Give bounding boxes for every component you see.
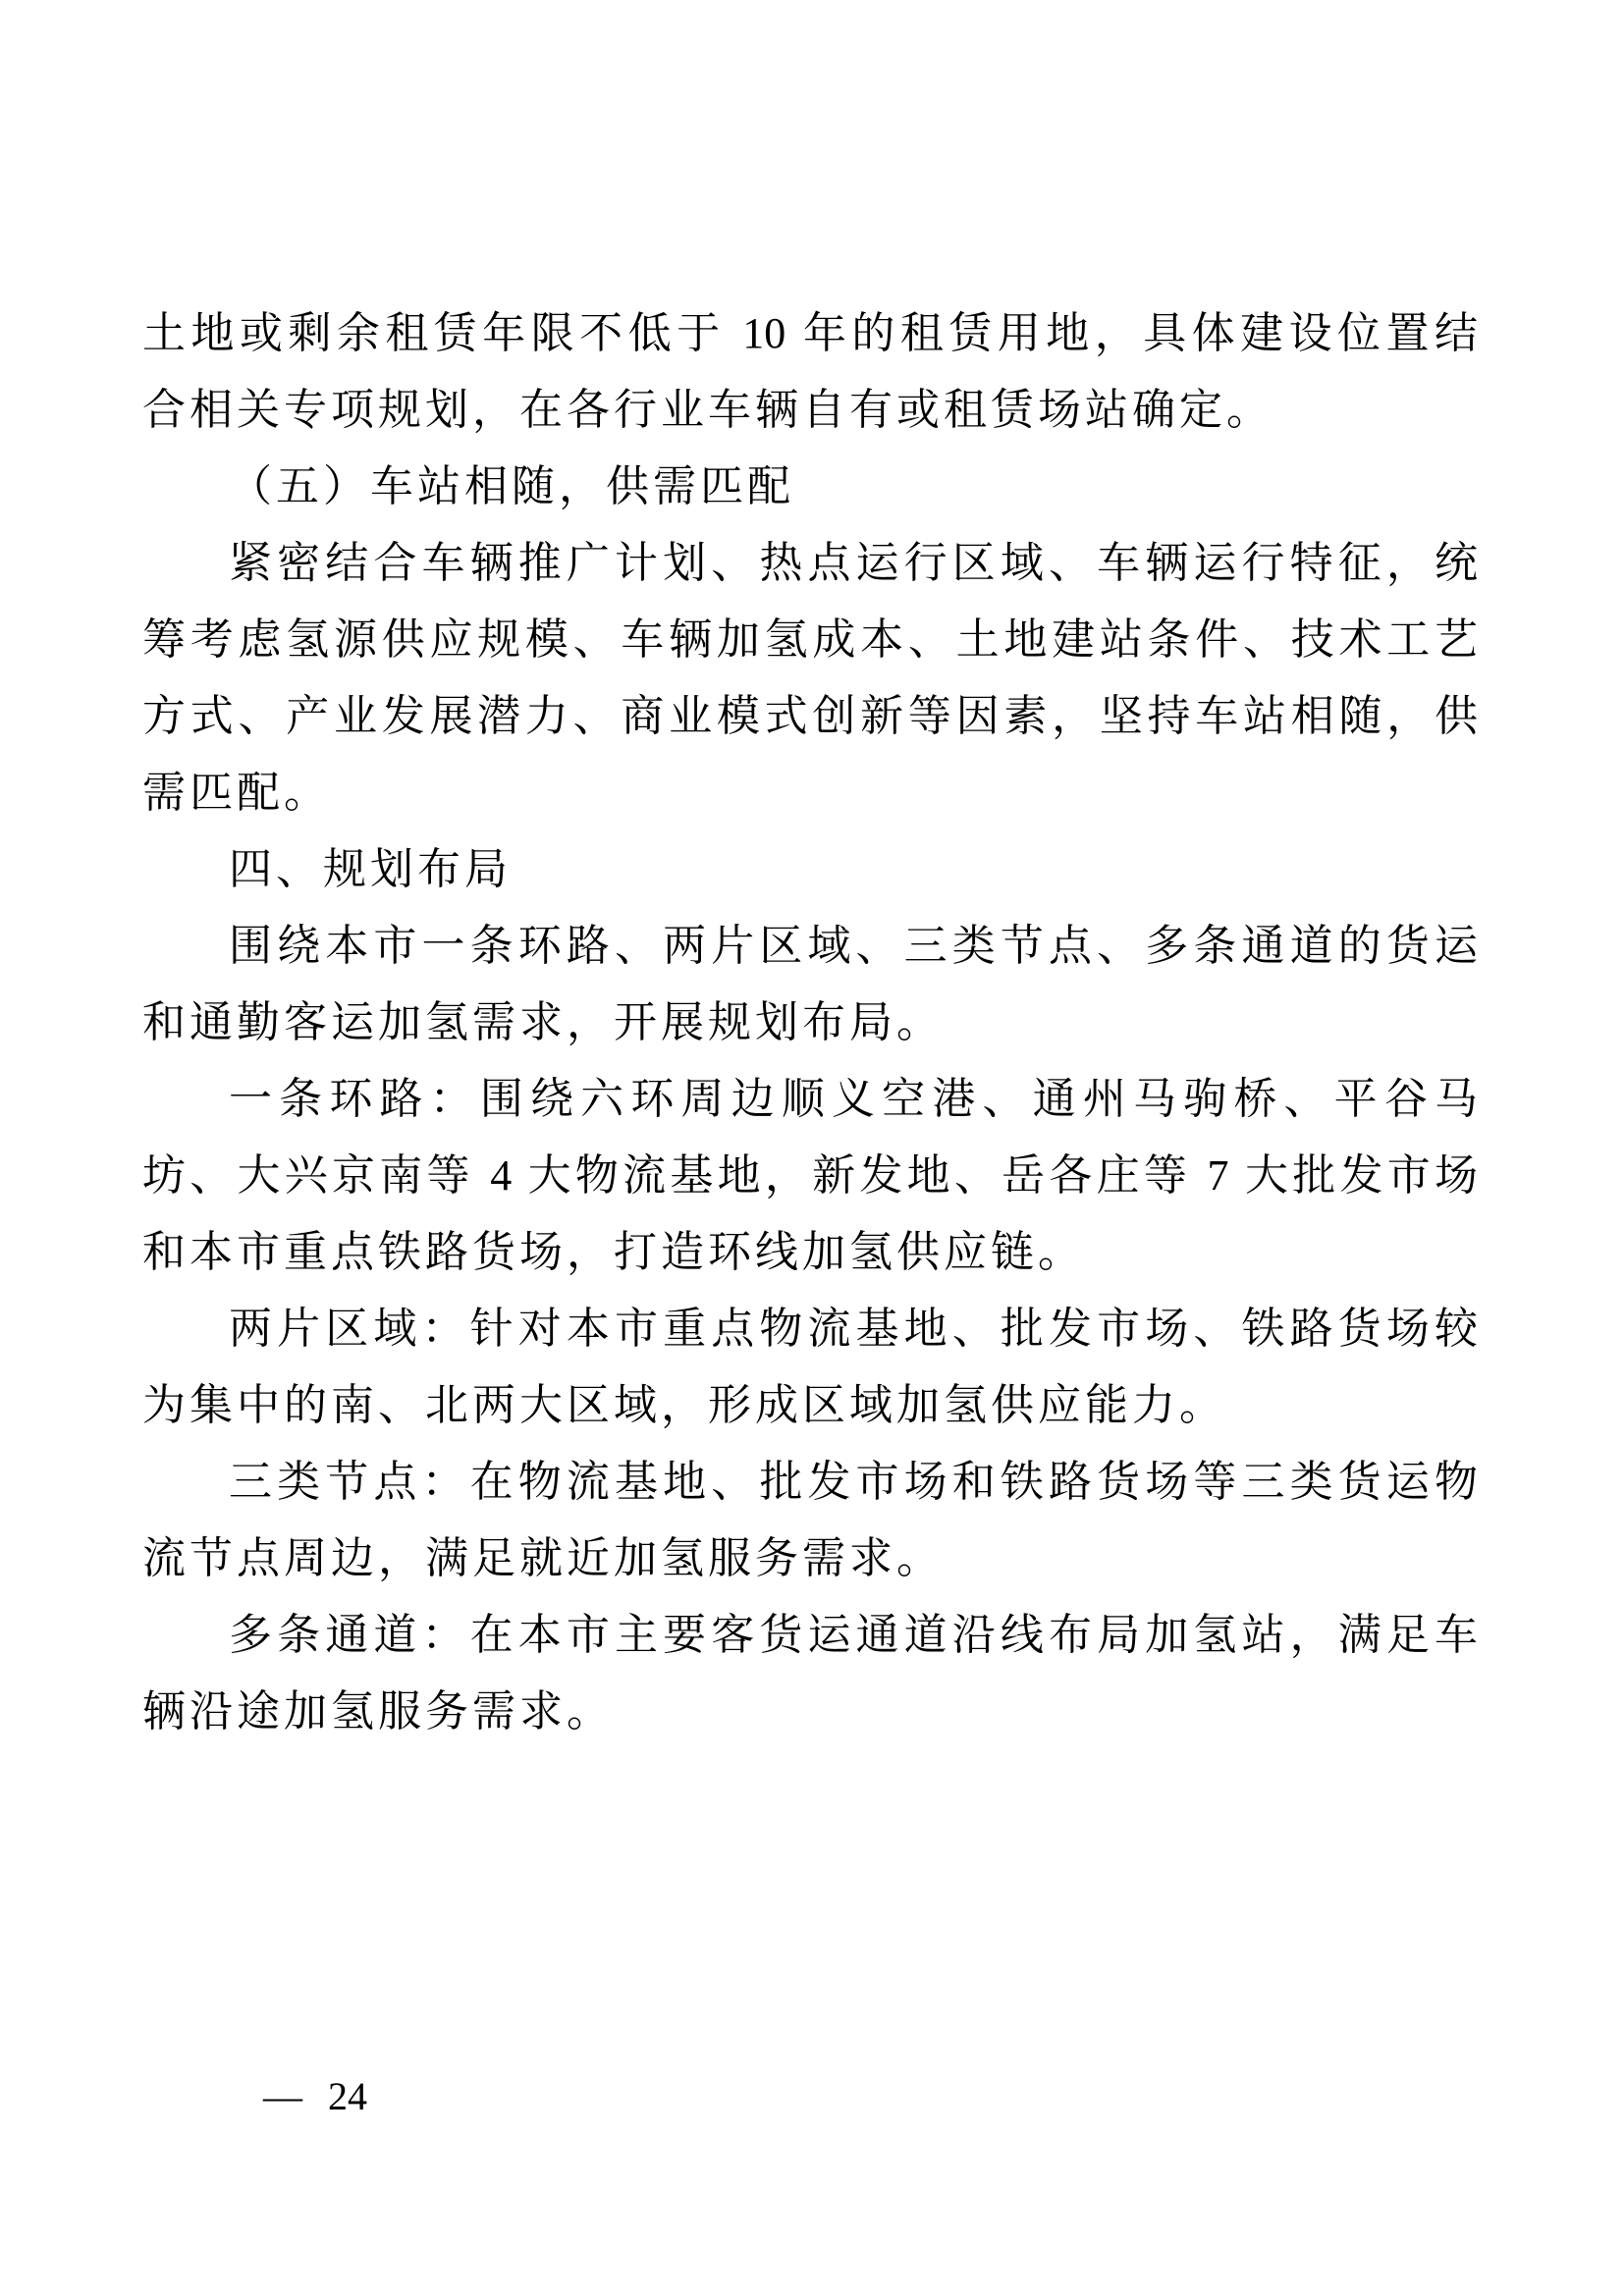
- paragraph-supply-demand-match: 紧密结合车辆推广计划、热点运行区域、车辆运行特征，统筹考虑氢源供应规模、车辆加氢…: [142, 525, 1482, 831]
- footer-dash: —: [263, 2077, 302, 2116]
- paragraph-planning-overview: 围绕本市一条环路、两片区域、三类节点、多条通道的货运和通勤客运加氢需求，开展规划…: [142, 908, 1482, 1061]
- paragraph-multiple-corridors: 多条通道：在本市主要客货运通道沿线布局加氢站，满足车辆沿途加氢服务需求。: [142, 1597, 1482, 1750]
- section-heading-four-planning-layout: 四、规划布局: [142, 831, 1482, 908]
- document-page: 土地或剩余租赁年限不低于 10 年的租赁用地，具体建设位置结合相关专项规划，在各…: [0, 0, 1624, 2296]
- paragraph-one-ring-road: 一条环路：围绕六环周边顺义空港、通州马驹桥、平谷马坊、大兴京南等 4 大物流基地…: [142, 1061, 1482, 1291]
- paragraph-two-areas: 两片区域：针对本市重点物流基地、批发市场、铁路货场较为集中的南、北两大区域，形成…: [142, 1291, 1482, 1444]
- paragraph-three-node-types: 三类节点：在物流基地、批发市场和铁路货场等三类货运物流节点周边，满足就近加氢服务…: [142, 1444, 1482, 1597]
- page-number: 24: [328, 2074, 367, 2118]
- page-footer: —24: [263, 2077, 367, 2116]
- paragraph-land-lease-continuation: 土地或剩余租赁年限不低于 10 年的租赁用地，具体建设位置结合相关专项规划，在各…: [142, 295, 1482, 449]
- subheading-five-station-vehicle: （五）车站相随，供需匹配: [142, 449, 1482, 525]
- document-body: 土地或剩余租赁年限不低于 10 年的租赁用地，具体建设位置结合相关专项规划，在各…: [142, 295, 1482, 1750]
